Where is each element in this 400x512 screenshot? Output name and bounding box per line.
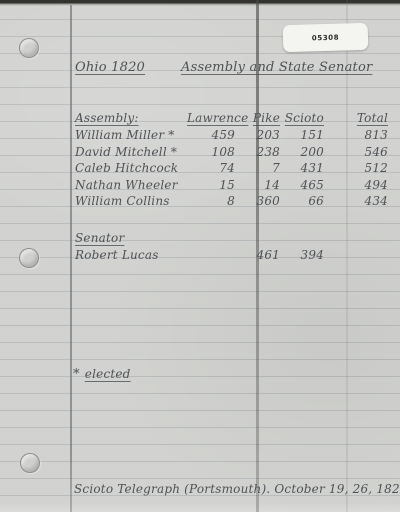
pike-votes: 203 bbox=[235, 127, 280, 143]
page-title-left: Ohio 1820 bbox=[75, 60, 145, 76]
total-votes: 813 bbox=[324, 127, 388, 143]
pike-votes: 14 bbox=[235, 177, 280, 193]
scioto-votes: 66 bbox=[280, 193, 324, 209]
lawrence-votes: 8 bbox=[187, 193, 235, 209]
column-header-total: Total bbox=[324, 110, 388, 126]
candidate-name: Nathan Wheeler bbox=[73, 177, 187, 193]
lawrence-votes: 108 bbox=[187, 144, 235, 160]
total-votes: 546 bbox=[324, 144, 388, 160]
table-row: William Collins 8 360 66 434 bbox=[73, 193, 389, 209]
candidate-name: William Miller * bbox=[73, 127, 187, 143]
paper-bottom-edge bbox=[0, 503, 400, 512]
lawrence-votes: 459 bbox=[187, 127, 235, 143]
lawrence-votes bbox=[187, 247, 235, 263]
assembly-header-row: Assembly: Lawrence Pike Scioto Total bbox=[73, 110, 389, 126]
table-row: David Mitchell * 108 238 200 546 bbox=[73, 144, 389, 160]
total-votes bbox=[324, 247, 388, 263]
catalog-number: 05308 bbox=[312, 33, 340, 42]
footnote: * elected bbox=[73, 363, 131, 383]
punch-hole-top bbox=[19, 38, 39, 58]
table-row: William Miller * 459 203 151 813 bbox=[73, 127, 389, 143]
scioto-votes: 394 bbox=[280, 247, 324, 263]
footnote-marker: * bbox=[73, 367, 80, 382]
candidate-name: William Collins bbox=[73, 193, 187, 209]
footnote-text: elected bbox=[85, 367, 131, 381]
pike-votes: 7 bbox=[235, 160, 280, 176]
scan-top-edge bbox=[0, 0, 400, 6]
column-header-pike: Pike bbox=[235, 110, 280, 126]
citation: Scioto Telegraph (Portsmouth). October 1… bbox=[74, 481, 400, 497]
candidate-name: Robert Lucas bbox=[73, 247, 187, 263]
total-votes: 434 bbox=[324, 193, 388, 209]
pike-votes: 360 bbox=[235, 193, 280, 209]
assembly-label: Assembly: bbox=[73, 110, 187, 126]
scioto-votes: 200 bbox=[280, 144, 324, 160]
scioto-votes: 151 bbox=[280, 127, 324, 143]
table-row: Robert Lucas 461 394 bbox=[73, 247, 389, 263]
senator-label: Senator bbox=[75, 230, 124, 246]
punch-hole-bottom bbox=[20, 453, 40, 473]
total-votes: 494 bbox=[324, 177, 388, 193]
scanned-page: 05308 Ohio 1820 Assembly and State Senat… bbox=[0, 0, 400, 512]
margin-line bbox=[70, 5, 72, 512]
lawrence-votes: 15 bbox=[187, 177, 235, 193]
table-row: Caleb Hitchcock 74 7 431 512 bbox=[73, 160, 389, 176]
column-header-scioto: Scioto bbox=[280, 110, 324, 126]
scioto-votes: 431 bbox=[280, 160, 324, 176]
catalog-sticker: 05308 bbox=[283, 23, 369, 52]
punch-hole-middle bbox=[19, 248, 39, 268]
table-row: Nathan Wheeler 15 14 465 494 bbox=[73, 177, 389, 193]
page-title-right: Assembly and State Senator bbox=[181, 60, 372, 76]
candidate-name: David Mitchell * bbox=[73, 144, 187, 160]
pike-votes: 461 bbox=[235, 247, 280, 263]
total-votes: 512 bbox=[324, 160, 388, 176]
pike-votes: 238 bbox=[235, 144, 280, 160]
lawrence-votes: 74 bbox=[187, 160, 235, 176]
candidate-name: Caleb Hitchcock bbox=[73, 160, 187, 176]
column-header-lawrence: Lawrence bbox=[187, 110, 235, 126]
scioto-votes: 465 bbox=[280, 177, 324, 193]
